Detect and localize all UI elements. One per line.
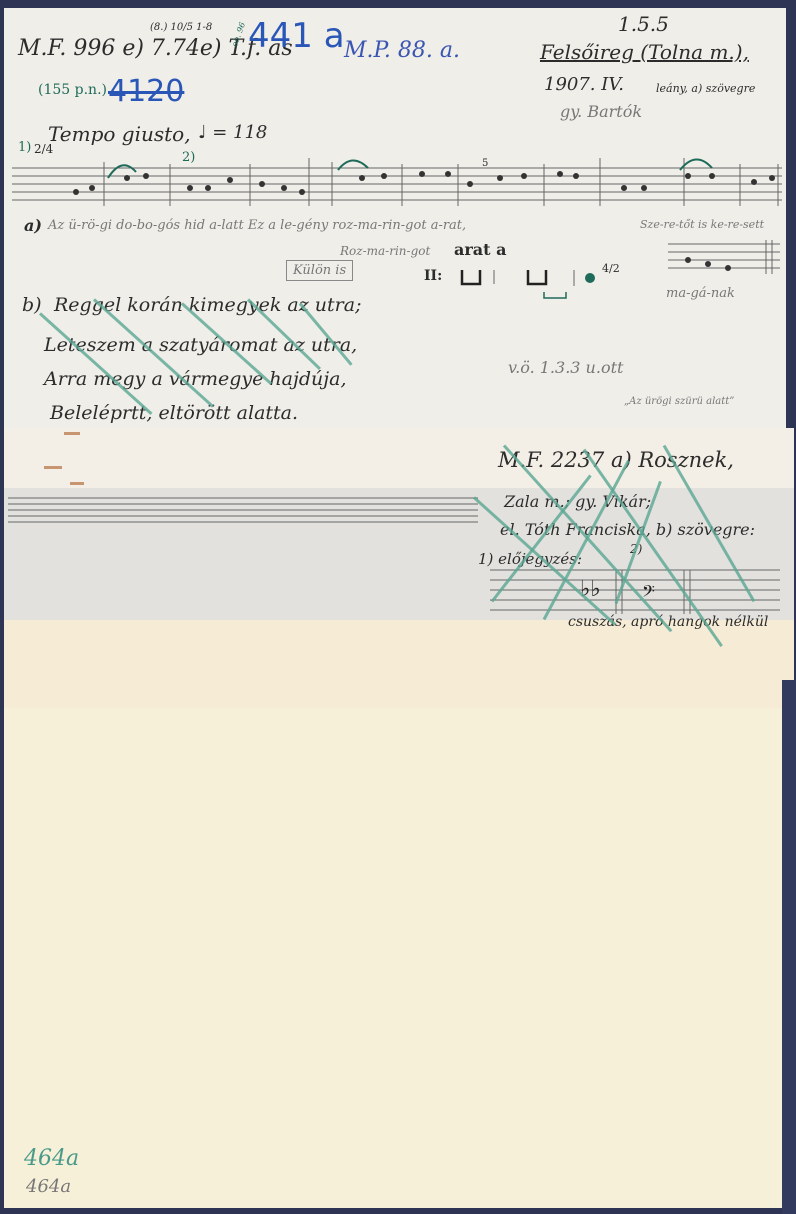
- top-right-code: 1.5.5: [618, 12, 669, 36]
- rust-stain: [44, 466, 62, 469]
- lyrics-b-line-3: Arra megy a vármegye hajdúja,: [44, 368, 347, 390]
- struck-number: 4120: [108, 74, 184, 109]
- fraction-note: (8.) 10/5 1-8: [150, 22, 212, 33]
- lyrics-a-addition: arat a: [454, 240, 507, 259]
- collector: gy. Bartók: [560, 102, 642, 121]
- time-signature: 2/4: [34, 142, 53, 156]
- annotation-2: 2): [182, 150, 195, 165]
- ending-staff: [668, 234, 780, 278]
- music-staff: [12, 158, 782, 214]
- scan-background-edge: [782, 680, 796, 1214]
- lower-sheet: [4, 708, 786, 1208]
- tuplet-5: 5: [482, 158, 488, 169]
- lyrics-b-label: b): [22, 294, 42, 316]
- boxed-note: Külön is: [286, 260, 353, 281]
- variant-notation: [454, 264, 624, 304]
- metronome: ♩ = 118: [198, 122, 267, 143]
- singer-note: leány, a) szövegre: [656, 82, 755, 95]
- lyrics-b-line-4: Beleléprtt, eltörött alatta.: [50, 402, 298, 424]
- place: Felsőireg (Tolna m.),: [540, 40, 749, 64]
- quoted-title: „Az ürögi szürü alatt”: [624, 396, 734, 407]
- date: 1907. IV.: [544, 74, 624, 95]
- second-entry-reference: M.F. 2237 a) Rosznek,: [498, 448, 734, 472]
- blank-staff: [8, 494, 478, 528]
- footer-green-number: 464a: [24, 1146, 79, 1171]
- meter-change: 4/2: [602, 262, 620, 275]
- collection-reference: M.P. 88. a.: [344, 38, 460, 63]
- lyrics-b-line-2: Leteszem a szatyáromat az utra,: [44, 334, 357, 356]
- lyrics-a-line2: Roz-ma-rin-got: [340, 244, 430, 258]
- manuscript-page: M.F. 996 e) 7.74e) T.f. as (8.) 10/5 1-8…: [4, 8, 786, 1208]
- lyrics-a-label: a): [24, 216, 42, 235]
- catalog-number: 441 a: [248, 16, 345, 56]
- lyrics-a-line1-end: Sze-re-tőt is ke-re-sett: [640, 218, 764, 231]
- paper-strip-2: [4, 620, 794, 712]
- rust-stain: [70, 482, 84, 485]
- lyrics-a-line1: Az ü-rö-gi do-bo-gós hid a-latt Ez a le-…: [48, 218, 466, 233]
- footer-pencil-number: 464a: [26, 1176, 71, 1197]
- page-reference: (155 p.n.): [38, 82, 107, 98]
- variant-label: II:: [424, 268, 442, 284]
- end-lyric: ma-gá-nak: [666, 286, 735, 301]
- tempo-marking: Tempo giusto,: [48, 122, 191, 146]
- annotation-1: 1): [18, 140, 31, 155]
- second-entry-place: Zala m.; gy. Vikár;: [504, 492, 651, 511]
- rust-stain: [64, 432, 80, 435]
- compare-reference: v.ö. 1.3.3 u.ott: [508, 358, 623, 377]
